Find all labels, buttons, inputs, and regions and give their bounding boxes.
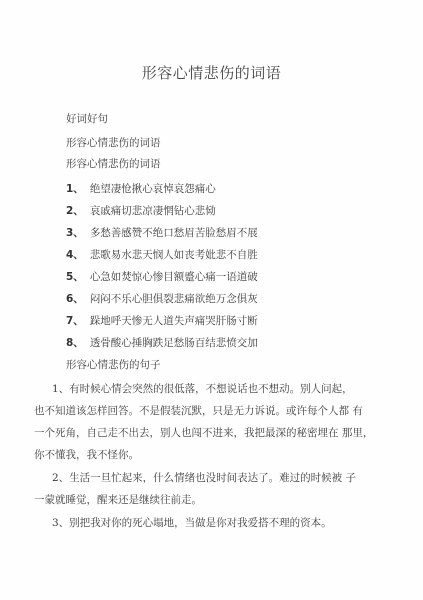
- word-list-item: 7、跺地呼天惨无人道失声痛哭肝肠寸断: [66, 314, 258, 328]
- word-list-item: 1、绝望凄怆揪心哀悼哀怨痛心: [66, 182, 216, 196]
- sentence-line: 1、有时候心情会突然的很低落，不想说话也不想动。别人问起，: [52, 382, 353, 396]
- list-number: 6、: [66, 293, 84, 305]
- sentence-line: 一蒙就睡觉，醒来还是继续往前走。: [34, 493, 202, 507]
- list-text: 绝望凄怆揪心哀悼哀怨痛心: [90, 183, 216, 195]
- sentence-line: 一个死角，自己走不出去，别人也闯不进来，我把最深的秘密埋在 那里，: [34, 426, 373, 440]
- list-text: 多愁善感赞不绝口愁眉苦脸愁眉不展: [90, 227, 258, 239]
- word-list-item: 5、心急如焚惊心惨目额蹙心痛一语道破: [66, 270, 258, 284]
- subtitle-1: 形容心情悲伤的词语: [66, 136, 161, 150]
- list-number: 4、: [66, 249, 84, 261]
- list-text: 透骨酸心捶胸跌足愁肠百结悲愤交加: [90, 337, 258, 349]
- subtitle-2: 形容心情悲伤的词语: [66, 157, 161, 171]
- list-text: 心急如焚惊心惨目额蹙心痛一语道破: [90, 271, 258, 283]
- sentence-line: 3、别把我对你的死心塌地，当做是你对我爱搭不理的资本。: [52, 516, 332, 530]
- list-number: 8、: [66, 337, 84, 349]
- list-number: 5、: [66, 271, 84, 283]
- sentence-line: 2、生活一旦忙起来，什么情绪也没时间表达了。难过的时候被 子: [52, 471, 356, 485]
- list-number: 3、: [66, 227, 84, 239]
- word-list-item: 8、透骨酸心捶胸跌足愁肠百结悲愤交加: [66, 336, 258, 350]
- sentence-line: 也不知道该怎样回答。不是假装沉默，只是无力诉说。或许每个人都 有: [34, 404, 363, 418]
- list-number: 1、: [66, 183, 84, 195]
- list-text: 闷闷不乐心胆俱裂悲痛欲绝万念俱灰: [90, 293, 258, 305]
- section-label: 好词好句: [66, 112, 108, 126]
- sentences-heading: 形容心情悲伤的句子: [66, 358, 161, 372]
- list-text: 悲歌易水悲天悯人如丧考妣悲不自胜: [90, 249, 258, 261]
- word-list-item: 6、闷闷不乐心胆俱裂悲痛欲绝万念俱灰: [66, 292, 258, 306]
- list-text: 哀戚痛切悲凉凄惘钻心悲恸: [90, 205, 216, 217]
- list-number: 7、: [66, 315, 84, 327]
- sentence-line: 你不懂我，我不怪你。: [34, 448, 139, 462]
- word-list-item: 4、悲歌易水悲天悯人如丧考妣悲不自胜: [66, 248, 258, 262]
- list-number: 2、: [66, 205, 84, 217]
- list-text: 跺地呼天惨无人道失声痛哭肝肠寸断: [90, 315, 258, 327]
- word-list-item: 2、哀戚痛切悲凉凄惘钻心悲恸: [66, 204, 216, 218]
- word-list-item: 3、多愁善感赞不绝口愁眉苦脸愁眉不展: [66, 226, 258, 240]
- document-page: 形容心情悲伤的词语 好词好句 形容心情悲伤的词语 形容心情悲伤的词语 1、绝望凄…: [0, 0, 423, 600]
- document-title: 形容心情悲伤的词语: [0, 62, 423, 83]
